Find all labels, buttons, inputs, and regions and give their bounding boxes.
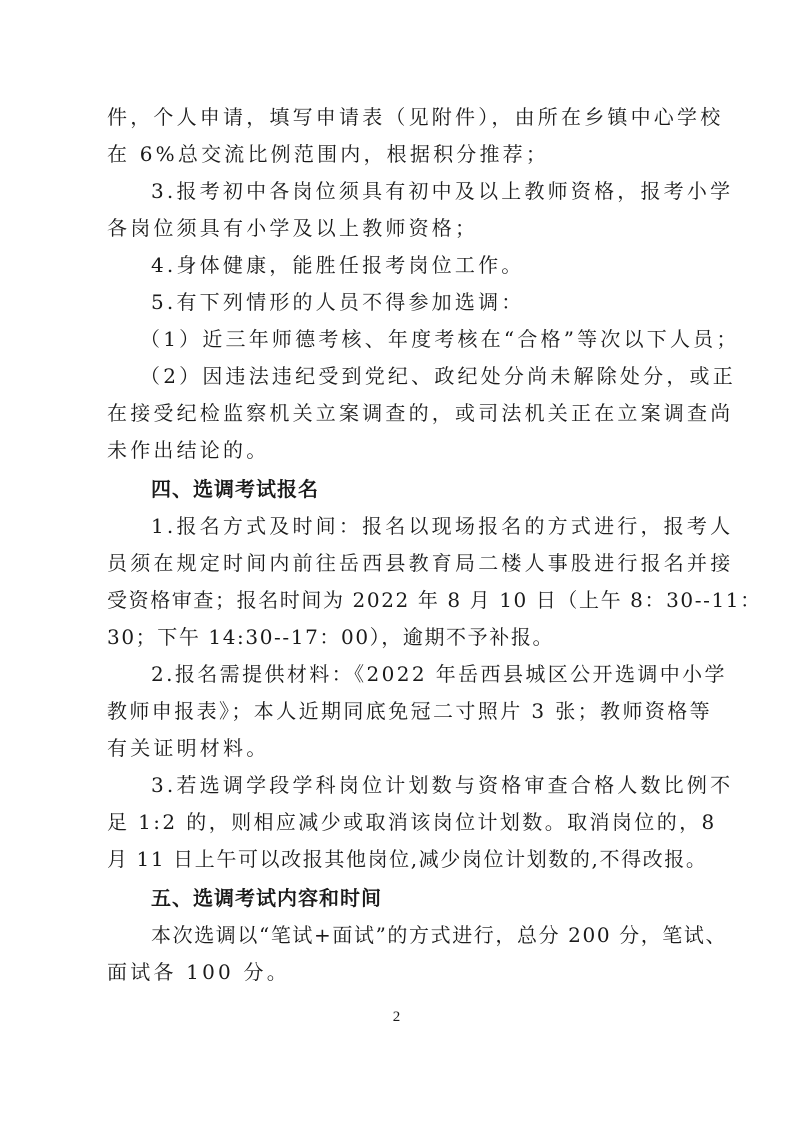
list-item-4: 4.身体健康，能胜任报考岗位工作。 xyxy=(151,252,689,278)
paragraph-start: 本次选调以“笔试+面试”的方式进行，总分 200 分，笔试、 xyxy=(151,922,689,948)
page-number: 2 xyxy=(0,1009,793,1026)
body-line: 各岗位须具有小学及以上教师资格； xyxy=(107,215,689,241)
body-line: 有关证明材料。 xyxy=(107,735,689,761)
body-line: 面试各 100 分。 xyxy=(107,959,689,985)
list-item-5: 5.有下列情形的人员不得参加选调： xyxy=(151,289,689,315)
list-item-3b: 3.若选调学段学科岗位计划数与资格审查合格人数比例不 xyxy=(151,772,689,798)
section-heading-5: 五、选调考试内容和时间 xyxy=(151,885,689,911)
body-line: 未作出结论的。 xyxy=(107,437,689,463)
body-line: 件，个人申请，填写申请表（见附件），由所在乡镇中心学校 xyxy=(107,104,689,130)
sub-item-1: （1）近三年师德考核、年度考核在“合格”等次以下人员； xyxy=(140,326,689,352)
sub-item-2: （2）因违法违纪受到党纪、政纪处分尚未解除处分，或正 xyxy=(140,363,689,389)
body-line: 月 11 日上午可以改报其他岗位,减少岗位计划数的,不得改报。 xyxy=(107,846,689,872)
document-page: 件，个人申请，填写申请表（见附件），由所在乡镇中心学校 在 6%总交流比例范围内… xyxy=(0,0,793,1122)
body-line: 足 1:2 的，则相应减少或取消该岗位计划数。取消岗位的，8 xyxy=(107,809,689,835)
list-item-3: 3.报考初中各岗位须具有初中及以上教师资格，报考小学 xyxy=(151,178,689,204)
body-line: 员须在规定时间内前往岳西县教育局二楼人事股进行报名并接 xyxy=(107,550,689,576)
body-line: 在 6%总交流比例范围内，根据积分推荐； xyxy=(107,141,689,167)
body-line: 教师申报表》；本人近期同底免冠二寸照片 3 张；教师资格等 xyxy=(107,698,689,724)
list-item-1: 1.报名方式及时间：报名以现场报名的方式进行，报考人 xyxy=(151,513,689,539)
body-line: 在接受纪检监察机关立案调查的，或司法机关正在立案调查尚 xyxy=(107,400,689,426)
list-item-2: 2.报名需提供材料：《2022 年岳西县城区公开选调中小学 xyxy=(151,661,689,687)
body-line: 30；下午 14:30--17：00），逾期不予补报。 xyxy=(107,624,689,650)
section-heading-4: 四、选调考试报名 xyxy=(151,476,689,502)
body-line: 受资格审查；报名时间为 2022 年 8 月 10 日（上午 8：30--11： xyxy=(107,587,689,613)
